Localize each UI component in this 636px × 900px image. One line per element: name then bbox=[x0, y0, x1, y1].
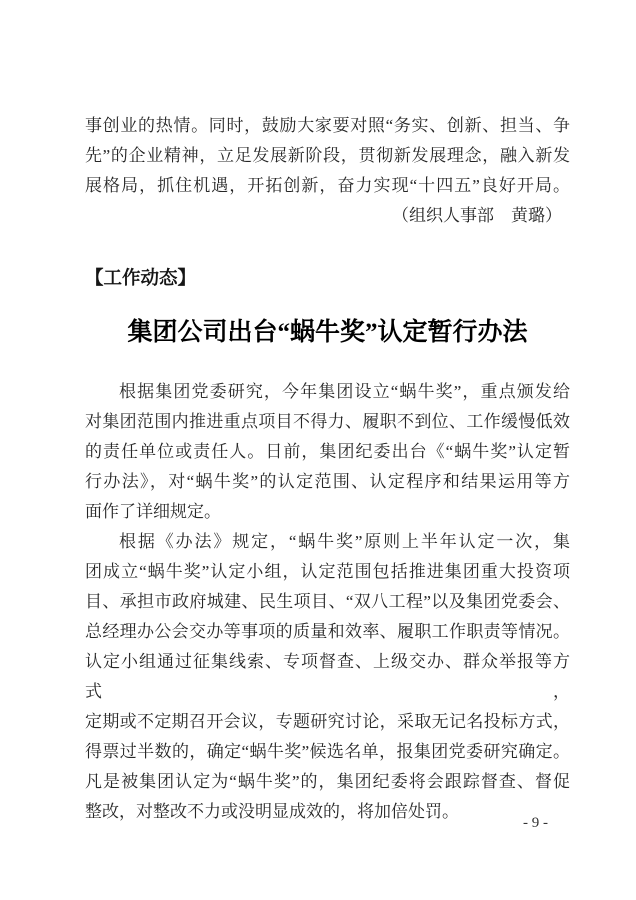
intro-line: 事创业的热情。同时，鼓励大家要对照“务实、创新、担当、争 bbox=[85, 111, 570, 141]
article-body: 根据集团党委研究，今年集团设立“蜗牛奖”，重点颁发给 对集团范围内推进重点项目不… bbox=[85, 377, 570, 827]
intro-line: 展格局，抓住机遇，开拓创新，奋力实现“十四五”良好开局。 bbox=[85, 171, 570, 201]
page-number: - 9 - bbox=[85, 812, 570, 834]
body-line: 团成立“蜗牛奖”认定小组，认定范围包括推进集团重大投资项 bbox=[85, 557, 570, 587]
body-line: 根据集团党委研究，今年集团设立“蜗牛奖”，重点颁发给 bbox=[85, 377, 570, 407]
body-line: 面作了详细规定。 bbox=[85, 497, 570, 527]
article-title: 集团公司出台“蜗牛奖”认定暂行办法 bbox=[85, 316, 570, 350]
body-line: 根据《办法》规定，“蜗牛奖”原则上半年认定一次，集 bbox=[85, 527, 570, 557]
body-line: 行办法》，对“蜗牛奖”的认定范围、认定程序和结果运用等方 bbox=[85, 467, 570, 497]
body-line: 目、承担市政府城建、民生项目、“双八工程”以及集团党委会、 bbox=[85, 587, 570, 617]
intro-paragraph: 事创业的热情。同时，鼓励大家要对照“务实、创新、担当、争 先”的企业精神，立足发… bbox=[85, 111, 570, 231]
body-line: 定期或不定期召开会议，专题研究讨论，采取无记名投标方式， bbox=[85, 707, 570, 737]
section-header: 【工作动态】 bbox=[85, 265, 196, 293]
body-line: 对集团范围内推进重点项目不得力、履职不到位、工作缓慢低效 bbox=[85, 407, 570, 437]
document-page: 事创业的热情。同时，鼓励大家要对照“务实、创新、担当、争 先”的企业精神，立足发… bbox=[0, 0, 636, 900]
intro-line: 先”的企业精神，立足发展新阶段，贯彻新发展理念，融入新发 bbox=[85, 141, 570, 171]
body-line: 的责任单位或责任人。日前，集团纪委出台《“蜗牛奖”认定暂 bbox=[85, 437, 570, 467]
attribution: （组织人事部 黄璐） bbox=[85, 201, 570, 231]
body-line: 凡是被集团认定为“蜗牛奖”的，集团纪委将会跟踪督查、督促 bbox=[85, 767, 570, 797]
body-line: 认定小组通过征集线索、专项督查、上级交办、群众举报等方式， bbox=[85, 647, 570, 707]
body-line: 总经理办公会交办等事项的质量和效率、履职工作职责等情况。 bbox=[85, 617, 570, 647]
body-line: 得票过半数的，确定“蜗牛奖”候选名单，报集团党委研究确定。 bbox=[85, 737, 570, 767]
